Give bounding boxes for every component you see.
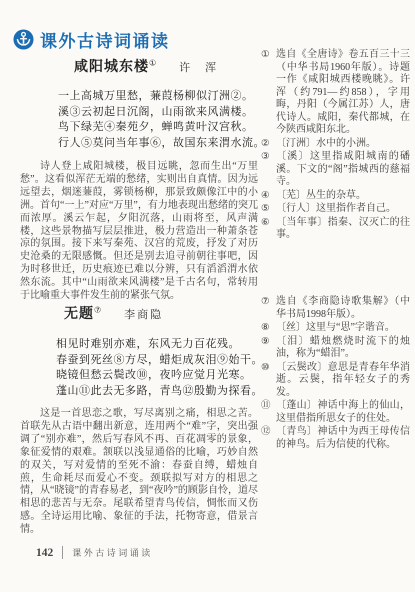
footnote-text: 〔云鬓改〕意思是青春年华消逝。云鬓，指年轻女子的秀发。 xyxy=(276,362,410,400)
poem2-line: 晓镜但愁云鬓改⑩，夜吟应觉月光寒。 xyxy=(56,368,263,384)
poem1-body: 一上高城万里愁，蒹葭杨柳似汀洲②。 溪③云初起日沉阁，山雨欲来风满楼。 鸟下绿芜… xyxy=(58,89,265,151)
poem1-footnotes: ① 选自《全唐诗》卷五百三十三（中华书局1960年版）。诗题一作《咸阳城西楼晚眺… xyxy=(261,49,410,243)
poem2-author: 李商隐 xyxy=(124,306,163,322)
footnote-text: 〔芜〕丛生的杂草。 xyxy=(276,190,410,203)
textbook-page: 课外古诗词诵读 咸阳城东楼① 许 浑 一上高城万里愁，蒹葭杨柳似汀洲②。 溪③云… xyxy=(0,0,415,592)
poem2-footnotes: ⑦ 选自《李商隐诗歌集解》（中华书局1998年版）。 ⑧ 〔丝〕这里与“思”字谐… xyxy=(261,296,410,452)
poem2-title-note-marker: ⑦ xyxy=(94,305,102,314)
poem2-line: 蓬山⑪此去无多路，青鸟⑫殷勤为探看。 xyxy=(56,384,263,400)
poem1-author: 许 浑 xyxy=(179,59,218,75)
footnote: ③ 〔溪〕这里指咸阳城南的磻溪。下文的“阁”指城西的慈福寺。 xyxy=(261,151,410,189)
poem1-line: 一上高城万里愁，蒹葭杨柳似汀洲②。 xyxy=(58,89,265,105)
footnote: ④ 〔芜〕丛生的杂草。 xyxy=(261,190,410,203)
footnote-text: 选自《李商隐诗歌集解》（中华书局1998年版）。 xyxy=(276,296,410,321)
page-title: 课外古诗词诵读 xyxy=(40,27,170,52)
poem2-body: 相见时难别亦难，东风无力百花残。 春蚕到死丝⑧方尽，蜡炬成灰泪⑨始干。 晓镜但愁… xyxy=(56,337,263,399)
footnote: ⑩ 〔云鬓改〕意思是青春年华消逝。云鬓，指年轻女子的秀发。 xyxy=(261,362,410,400)
footnote-text: 〔丝〕这里与“思”字谐音。 xyxy=(276,322,410,335)
footnote-number: ⑪ xyxy=(261,400,276,425)
footnote-number: ⑩ xyxy=(261,362,276,400)
footnote-number: ① xyxy=(261,49,276,137)
footnote-number: ④ xyxy=(261,190,276,203)
poem2-title: 无题⑦ xyxy=(64,303,102,323)
footnote-number: ⑨ xyxy=(261,336,276,361)
footnote: ⑤ 〔行人〕这里指作者自己。 xyxy=(261,203,410,216)
footnote: ⑪ 〔蓬山〕神话中海上的仙山，这里借指所思女子的住处。 xyxy=(261,400,410,425)
poem2-line: 春蚕到死丝⑧方尽，蜡炬成灰泪⑨始干。 xyxy=(56,353,263,369)
footnote-text: 选自《全唐诗》卷五百三十三（中华书局1960年版）。诗题一作《咸阳城西楼晚眺》。… xyxy=(276,49,410,137)
footnote-text: 〔泪〕蜡烛燃烧时流下的烛油，称为“蜡泪”。 xyxy=(276,336,410,361)
poem1-heading: 咸阳城东楼① 许 浑 xyxy=(74,56,218,76)
poem1-title: 咸阳城东楼① xyxy=(74,56,157,76)
footnote-text: 〔青鸟〕神话中为西王母传信的神鸟。后为信使的代称。 xyxy=(276,426,410,451)
poem2-commentary: 这是一首思恋之歌，写尽离别之痛，相思之苦。首联先从古语中翻出新意，连用两个“难”… xyxy=(20,408,258,537)
footnote-number: ③ xyxy=(261,151,276,189)
footnote: ⑥ 〔当年事〕指秦、汉灭亡的往事。 xyxy=(261,217,410,242)
footnote-number: ② xyxy=(261,138,276,151)
footnote: ⑨ 〔泪〕蜡烛燃烧时流下的烛油，称为“蜡泪”。 xyxy=(261,336,410,361)
poem1-commentary: 诗人登上咸阳城楼，极目远眺，忽而生出“万里愁”。这看似浑茫无端的愁绪，实则出自真… xyxy=(20,161,258,303)
footnote-number: ⑧ xyxy=(261,322,276,335)
footnote-number: ⑦ xyxy=(261,296,276,321)
anchor-icon xyxy=(13,29,34,50)
footnote: ⑦ 选自《李商隐诗歌集解》（中华书局1998年版）。 xyxy=(261,296,410,321)
poem1-title-note-marker: ① xyxy=(149,58,157,67)
footnote: ② 〔汀洲〕水中的小洲。 xyxy=(261,138,410,151)
footnote-text: 〔汀洲〕水中的小洲。 xyxy=(276,138,410,151)
poem2-line: 相见时难别亦难，东风无力百花残。 xyxy=(56,337,263,353)
footnote-text: 〔蓬山〕神话中海上的仙山，这里借指所思女子的住处。 xyxy=(276,400,410,425)
footnote-number: ⑤ xyxy=(261,203,276,216)
footnote-number: ⑥ xyxy=(261,217,276,242)
footnote: ⑧ 〔丝〕这里与“思”字谐音。 xyxy=(261,322,410,335)
footnote-text: 〔溪〕这里指咸阳城南的磻溪。下文的“阁”指城西的慈福寺。 xyxy=(276,151,410,189)
page-number: 142 xyxy=(36,547,53,559)
page-footer: 142 课外古诗词诵读 xyxy=(36,546,153,559)
poem1-line: 行人⑤莫问当年事⑥，故国东来渭水流。 xyxy=(58,136,265,152)
footer-divider xyxy=(62,546,63,559)
poem1-line: 鸟下绿芜④秦苑夕，蝉鸣黄叶汉宫秋。 xyxy=(58,120,265,136)
footnote-text: 〔当年事〕指秦、汉灭亡的往事。 xyxy=(276,217,410,242)
section-header: 课外古诗词诵读 xyxy=(13,27,170,52)
poem2-heading: 无题⑦ 李商隐 xyxy=(64,303,163,323)
poem1-line: 溪③云初起日沉阁，山雨欲来风满楼。 xyxy=(58,105,265,121)
footnote: ⑫ 〔青鸟〕神话中为西王母传信的神鸟。后为信使的代称。 xyxy=(261,426,410,451)
footer-section-title: 课外古诗词诵读 xyxy=(72,546,153,559)
footnote-number: ⑫ xyxy=(261,426,276,451)
footnote: ① 选自《全唐诗》卷五百三十三（中华书局1960年版）。诗题一作《咸阳城西楼晚眺… xyxy=(261,49,410,137)
footnote-text: 〔行人〕这里指作者自己。 xyxy=(276,203,410,216)
